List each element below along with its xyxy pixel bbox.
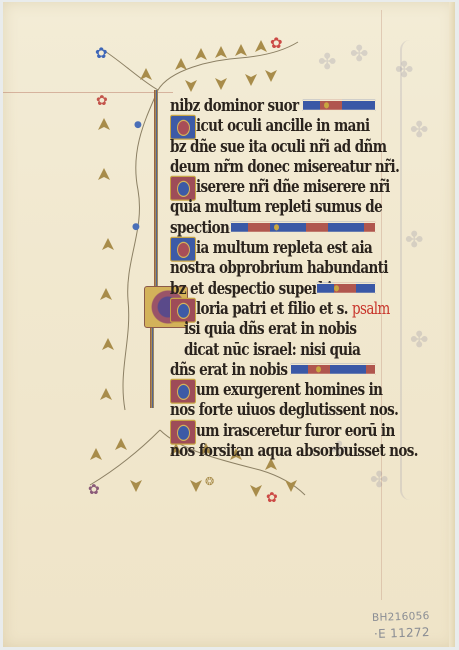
line-filler — [302, 100, 376, 111]
show-through-leaf-icon: ✤ — [405, 230, 423, 252]
show-through-leaf-icon: ✤ — [410, 120, 428, 142]
border-bar-upper — [154, 90, 158, 286]
border-bar-lower — [150, 326, 154, 408]
purple-flower-icon: ✿ — [88, 482, 100, 498]
show-through-leaf-icon: ✤ — [410, 330, 428, 352]
blue-flower-icon: ✿ — [95, 44, 108, 62]
show-through-leaf-icon: ✤ — [350, 44, 368, 66]
line-filler — [316, 282, 376, 293]
line-filler — [230, 221, 376, 232]
red-flower-icon: ✿ — [270, 34, 283, 52]
show-through-vine — [400, 40, 432, 500]
blue-dot-icon: ● — [134, 120, 142, 130]
shelfmark-line-1: BH216056 — [372, 610, 430, 624]
shelfmark-line-2: ·E 11272 — [374, 625, 430, 641]
show-through-leaf-icon: ✤ — [370, 470, 388, 492]
red-flower-icon: ✿ — [266, 490, 278, 506]
show-through-leaf-icon: ✤ — [318, 52, 336, 74]
line-filler — [290, 364, 376, 375]
page-edge — [449, 2, 455, 647]
red-flower-icon: ✿ — [96, 93, 108, 109]
text-line: nos forsitan aqua absorbuisset nos. — [170, 439, 385, 464]
text-block: nibz dominor suor icut oculi ancille in … — [170, 96, 385, 461]
gold-bud-icon: ❂ — [205, 475, 214, 488]
blue-dot-icon: ● — [132, 222, 140, 232]
show-through-leaf-icon: ✤ — [395, 60, 413, 82]
